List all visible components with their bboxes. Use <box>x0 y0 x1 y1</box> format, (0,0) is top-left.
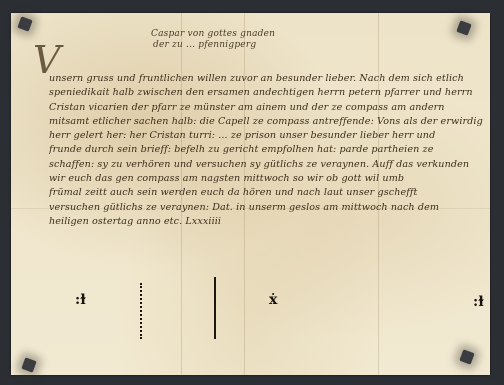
text-line: frunde durch sein brieff: befelh zu geri… <box>49 143 485 157</box>
text-line: mitsamt etlicher sachen halb: die Capell… <box>49 115 485 129</box>
text-line: speniedikait halb zwischen den ersamen a… <box>49 86 485 100</box>
text-line: herr gelert her: her Cristan turri: ... … <box>49 129 485 143</box>
seal-trace-mark <box>214 277 216 339</box>
pin-bottom-right-icon <box>459 349 474 364</box>
ink-mark: :ɫ <box>75 293 86 307</box>
address-line: Caspar von gottes gnaden <box>151 29 275 40</box>
text-line: wir euch das gen compass am nagsten mitt… <box>49 172 485 186</box>
text-line: schaffen: sy zu verhören und versuchen s… <box>49 158 485 172</box>
ink-mark: ẋ <box>269 293 277 307</box>
seal-trace-mark <box>140 283 142 339</box>
manuscript-letter: Caspar von gottes gnaden der zu ... pfen… <box>11 13 490 375</box>
text-line: versuchen gütlichs ze veraynen: Dat. in … <box>49 201 485 215</box>
text-line: heiligen ostertag anno etc. Lxxxiiii <box>49 215 485 229</box>
text-line: Cristan vicarien der pfarr ze münster am… <box>49 101 485 115</box>
address-block: Caspar von gottes gnaden der zu ... pfen… <box>151 29 275 51</box>
ink-mark: :ɫ <box>473 295 484 309</box>
text-line: unsern gruss und fruntlichen willen zuvo… <box>49 72 485 86</box>
pin-top-left-icon <box>17 16 32 31</box>
pin-top-right-icon <box>456 20 471 35</box>
address-line: der zu ... pfennigperg <box>151 40 275 51</box>
pin-bottom-left-icon <box>21 357 36 372</box>
letter-body: unsern gruss und fruntlichen willen zuvo… <box>49 72 485 229</box>
text-line: frümal zeitt auch sein werden euch da hö… <box>49 186 485 200</box>
